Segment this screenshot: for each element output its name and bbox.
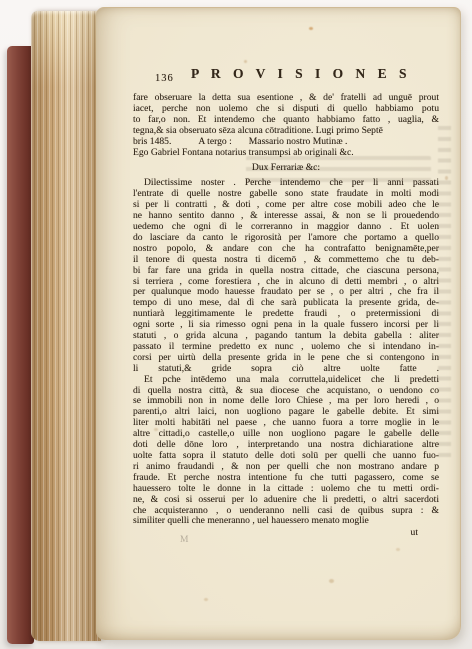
dateline-date: bris 1485.: [133, 137, 171, 148]
text-line: similiter quelli che meneranno , uel hau…: [133, 516, 439, 527]
paragraph: fare obseruare la detta sua esentione , …: [133, 93, 439, 137]
text-line: bi far fare una grida in quella nostra c…: [133, 266, 439, 277]
foxing-spot: [309, 27, 313, 30]
foxing-spot: [204, 598, 208, 601]
foxing-spot: [244, 60, 247, 63]
dateline: bris 1485. A tergo : Massario nostro Mut…: [133, 137, 439, 148]
folio-number: 136: [155, 74, 174, 85]
running-title: P R O V I S I O N E S: [191, 69, 411, 80]
text-line: il tenore di questa nostra ti dicemō , &…: [133, 255, 439, 266]
notary-line: Ego Gabriel Fontana notarius transumpsi …: [133, 148, 439, 159]
text-line: Et pche intēdemo una mala corruttela,uid…: [133, 375, 439, 386]
dateline-addressee: Massario nostro Mutinæ .: [249, 137, 348, 148]
text-line: tegna,& sia obseruato sēza alcuna cōtrad…: [133, 126, 439, 137]
foxing-spot: [396, 548, 400, 551]
text-block: 136 P R O V I S I O N E S fare obseruare…: [133, 68, 439, 539]
page-header: 136 P R O V I S I O N E S: [133, 68, 439, 88]
show-through-text: [438, 126, 451, 462]
text-line: ne, & cosi si osserui per lo aduenire ch…: [133, 495, 439, 506]
foxing-spot: [329, 579, 334, 583]
paragraph: Et pche intēdemo una mala corruttela,uid…: [133, 375, 439, 528]
paragraph: Dilectissime noster . Perche intendemo c…: [133, 178, 439, 374]
section-heading: Dux Ferrariæ &c:: [133, 163, 439, 174]
page-stack-edge: [31, 11, 101, 641]
book-cover-edge: [7, 46, 34, 644]
text-line: hauessero tolte le donne in la cittade :…: [133, 484, 439, 495]
catchword: ut: [133, 528, 439, 539]
book-photograph: M 136 P R O V I S I O N E S fare obserua…: [0, 0, 472, 649]
book-page: M 136 P R O V I S I O N E S fare obserua…: [96, 7, 461, 640]
dateline-a-tergo: A tergo :: [198, 137, 231, 148]
